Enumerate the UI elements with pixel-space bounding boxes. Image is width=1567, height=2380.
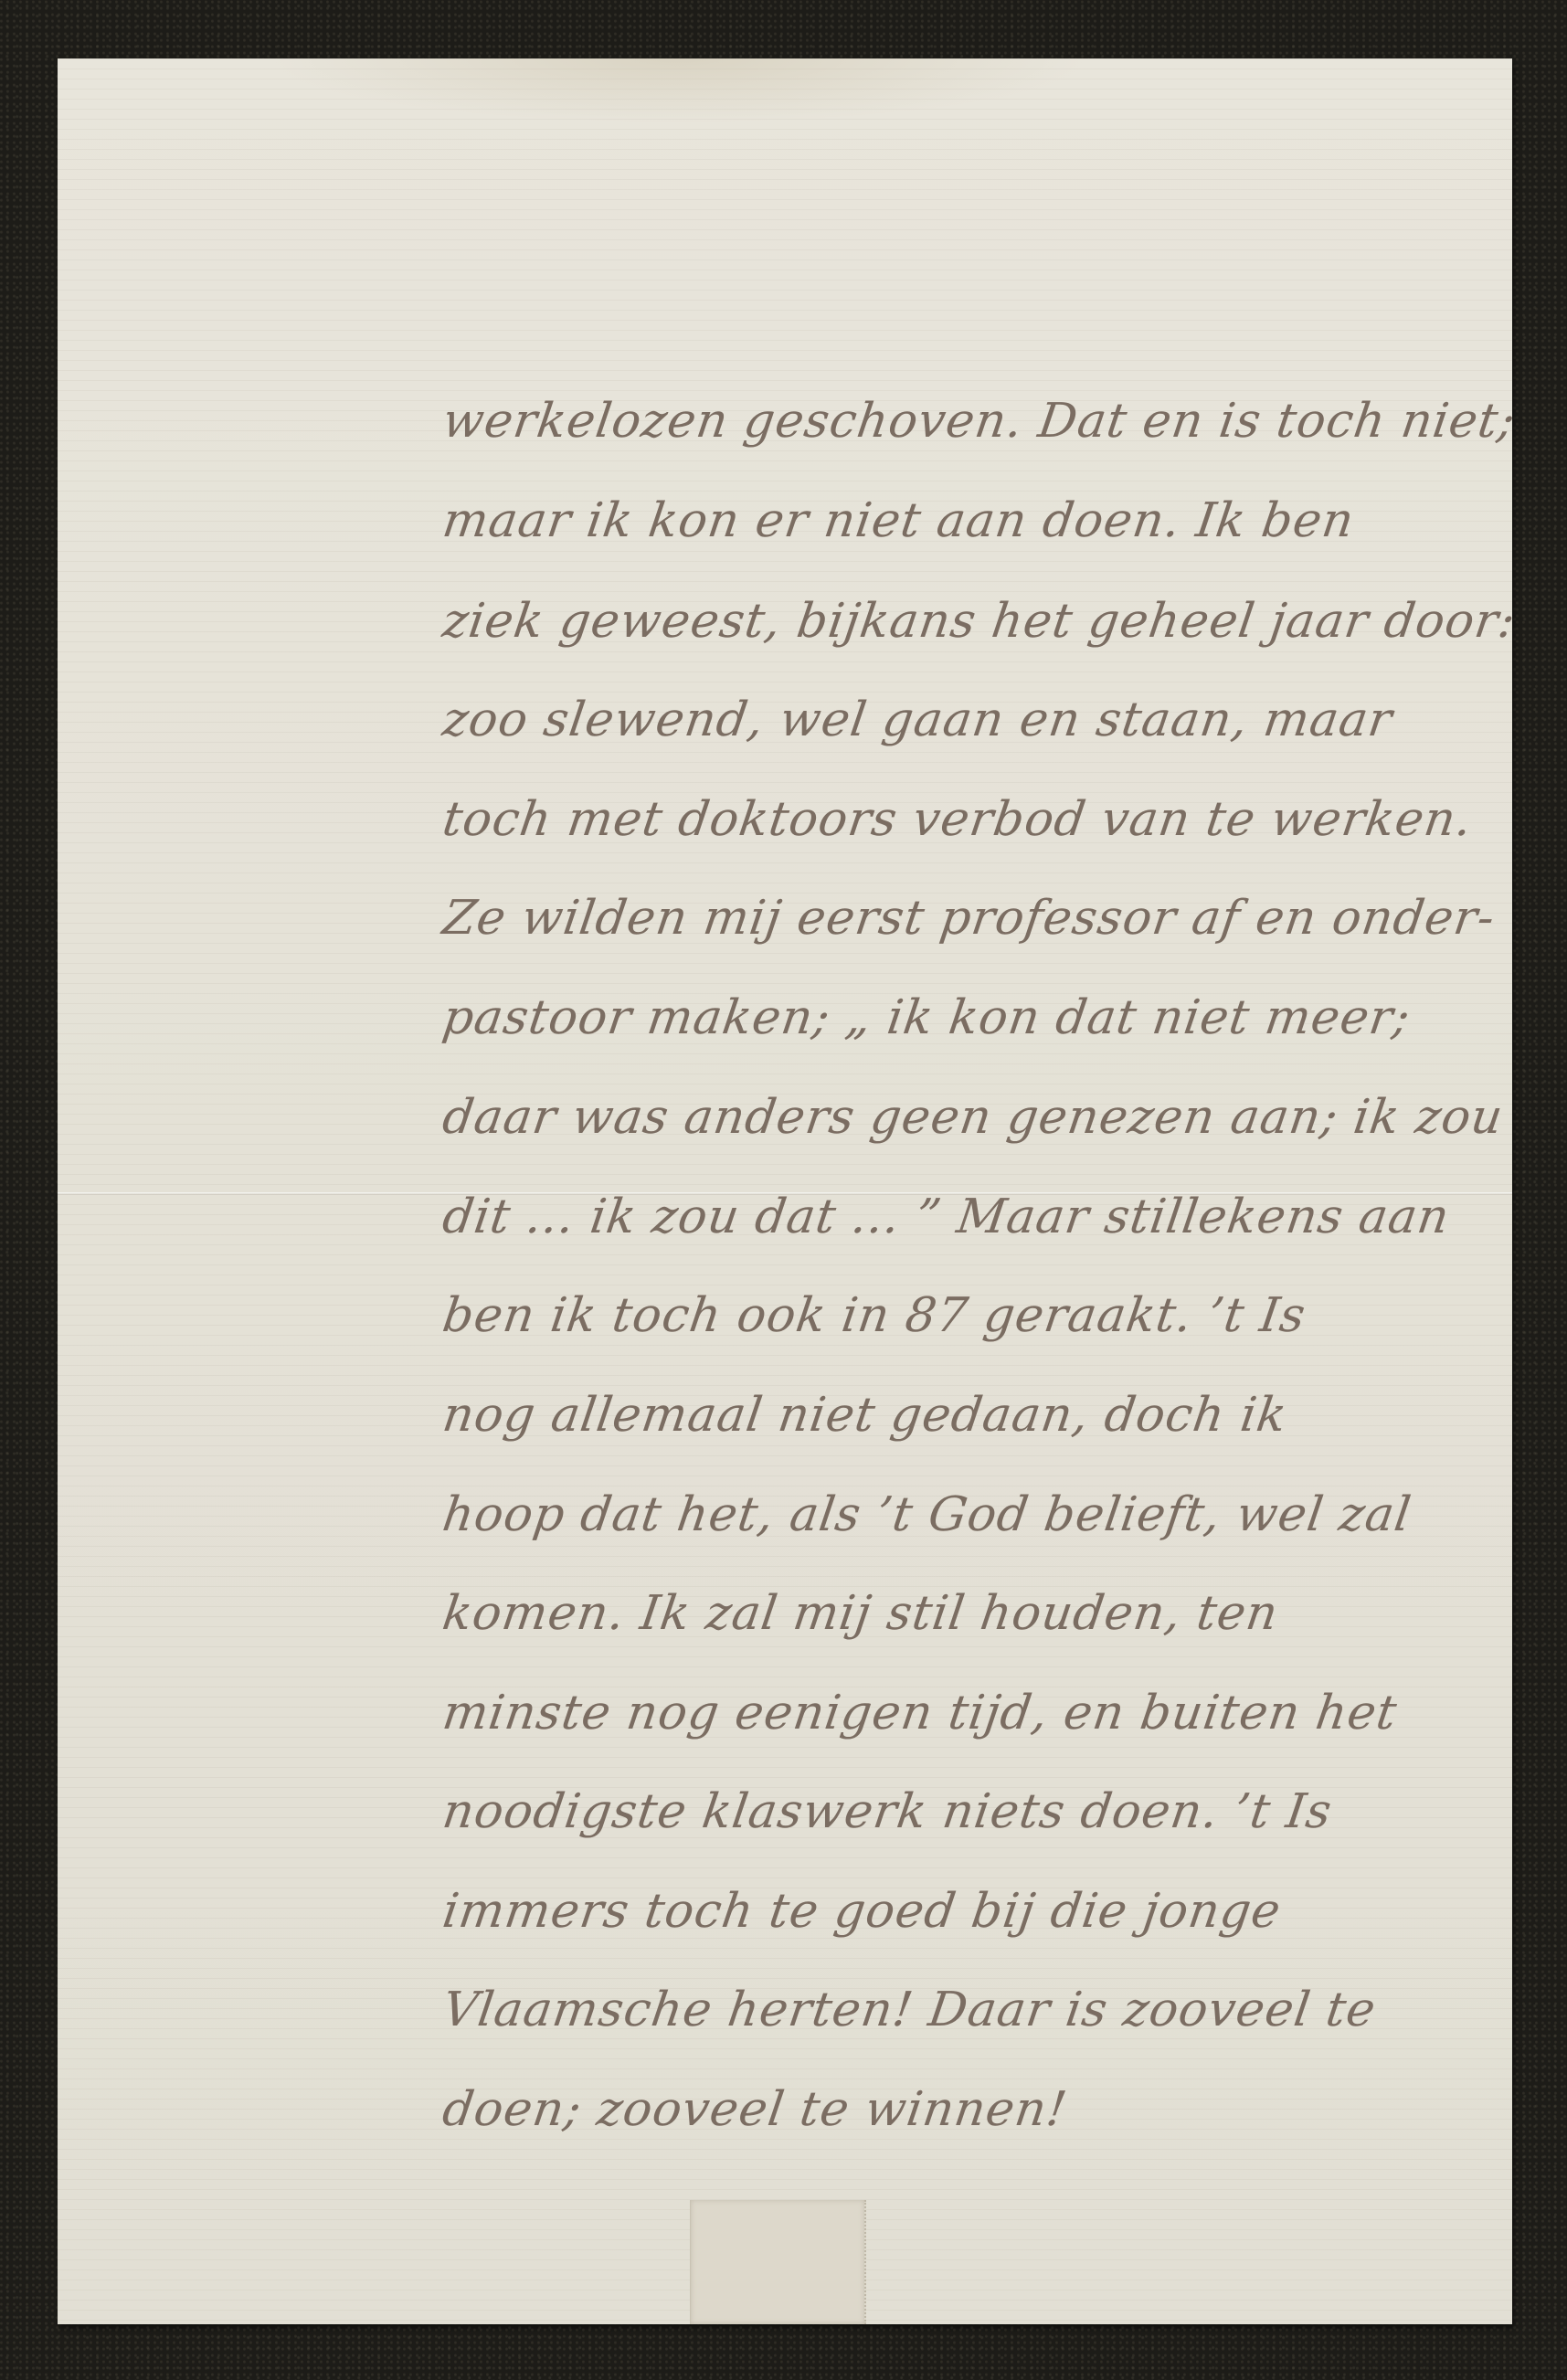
- text-line-14: minste nog eenigen tijd, en buiten het: [439, 1686, 1401, 1740]
- text-line-18: doen; zooveel te winnen!: [439, 2082, 1071, 2137]
- text-line-3: ziek geweest, bijkans het geheel jaar do…: [439, 594, 1519, 649]
- text-line-5: toch met doktoors verbod van te werken.: [439, 792, 1476, 847]
- text-line-17: Vlaamsche herten! Daar is zooveel te: [439, 1983, 1380, 2037]
- paper-stain: [268, 58, 1090, 122]
- text-line-4: zoo slewend, wel gaan en staan, maar: [439, 693, 1396, 747]
- text-line-12: hoop dat het, als ’t God belieft, wel za…: [439, 1487, 1415, 1542]
- text-line-2: maar ik kon er niet aan doen. Ik ben: [439, 493, 1358, 548]
- letter-page: werkelozen geschoven. Dat en is toch nie…: [58, 58, 1512, 2324]
- mounting-tab: [690, 2200, 866, 2324]
- text-line-10: ben ik toch ook in 87 geraakt. ’t Is: [439, 1288, 1309, 1343]
- text-line-16: immers toch te goed bij die jonge: [439, 1884, 1285, 1939]
- text-line-8: daar was anders geen genezen aan; ik zou: [439, 1090, 1507, 1145]
- text-line-15: noodigste klaswerk niets doen. ’t Is: [439, 1784, 1336, 1839]
- text-line-9: dit ... ik zou dat ... ” Maar stillekens…: [439, 1190, 1454, 1244]
- text-line-11: nog allemaal niet gedaan, doch ik: [439, 1388, 1291, 1443]
- text-line-13: komen. Ik zal mij stil houden, ten: [439, 1586, 1282, 1641]
- text-line-1: werkelozen geschoven. Dat en is toch nie…: [439, 394, 1519, 449]
- text-line-6: Ze wilden mij eerst professor af en onde…: [439, 891, 1498, 946]
- text-line-7: pastoor maken; „ ik kon dat niet meer;: [439, 990, 1414, 1045]
